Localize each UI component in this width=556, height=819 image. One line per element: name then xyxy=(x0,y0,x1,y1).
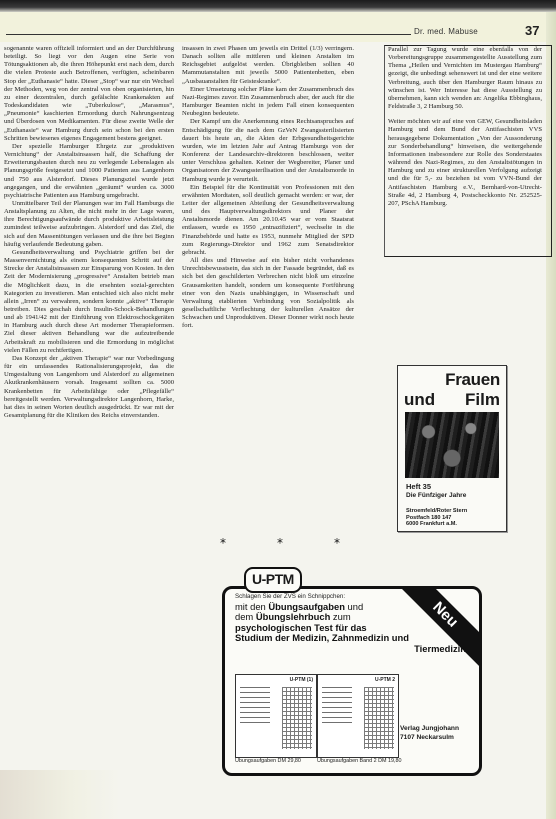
ad-title-word: Film xyxy=(465,390,500,410)
article-column-middle: insassen in zwei Phasen um jeweils ein D… xyxy=(182,45,354,545)
paragraph: Das Konzept der „aktiven Therapie“ war n… xyxy=(4,355,174,420)
book-pattern xyxy=(282,687,312,749)
address-line: Stroemfeld/Roter Stern xyxy=(406,508,467,515)
page-number: 37 xyxy=(525,23,539,38)
book-header: U-PTM 2 xyxy=(375,677,395,683)
text: und xyxy=(345,601,363,612)
paragraph: Einer Umsetzung solcher Pläne kam der Zu… xyxy=(182,86,354,119)
book-header: U-PTM (1) xyxy=(290,677,313,683)
ad-title: Frauen xyxy=(445,370,500,390)
paragraph: Unmittelbarer Teil der Planungen war im … xyxy=(4,200,174,249)
ad-title-word: und xyxy=(404,390,435,410)
text: dem xyxy=(235,611,256,622)
ad-lead: Schlagen Sie der ZVS ein Schnippchen: xyxy=(235,593,345,600)
book-text-lines xyxy=(322,687,352,727)
text-bold: psychologischen Test für das xyxy=(235,622,367,633)
text: zum xyxy=(330,611,350,622)
paragraph: insassen in zwei Phasen um jeweils ein D… xyxy=(182,45,354,86)
scan-top-edge xyxy=(0,0,556,12)
paragraph: Der spezielle Hamburger Ehrgeiz zur „pro… xyxy=(4,143,174,200)
ad-frauen-und-film: Frauen und Film Heft 35 Die Fünfziger Ja… xyxy=(397,365,507,532)
book-text-lines xyxy=(240,687,270,727)
ad-issue: Heft 35 xyxy=(406,482,431,491)
book-caption: Übungsaufgaben DM 29,80 xyxy=(235,758,301,764)
address-line: 6000 Frankfurt a.M. xyxy=(406,521,467,528)
ad-address: Stroemfeld/Roter Stern Postfach 180 147 … xyxy=(406,508,467,528)
book-cover-1: U-PTM (1) xyxy=(235,674,317,758)
paragraph: sogenannte waren offiziell informiert un… xyxy=(4,45,174,143)
book-table xyxy=(364,687,394,749)
book-cover-2: U-PTM 2 xyxy=(317,674,399,758)
article-column-left: sogenannte waren offiziell informiert un… xyxy=(4,45,174,780)
book-caption: Übungsaufgaben Band 2 DM 19,80 xyxy=(317,758,402,764)
text-bold: Übungsaufgaben xyxy=(268,601,345,612)
star-icon: * xyxy=(334,536,340,550)
header-rule xyxy=(6,34,411,35)
ad-photo xyxy=(405,412,499,478)
paragraph: All dies und Hinweise auf ein bisher nic… xyxy=(182,257,354,330)
ad-title-line2: und Film xyxy=(404,390,500,410)
publisher-line: 7107 Neckarsulm xyxy=(400,733,459,742)
paragraph: Ein Beispiel für die Kontinuität von Pro… xyxy=(182,184,354,257)
info-box: Parallel zur Tagung wurde eine ebenfalls… xyxy=(384,45,552,257)
running-head: Dr. med. Mabuse xyxy=(414,27,478,36)
paragraph: Gesundheitsverwaltung und Psychiatrie gr… xyxy=(4,249,174,355)
ad-headline: mit den Übungsaufgaben und dem Übungsleh… xyxy=(235,602,470,654)
text-bold: Übungslehrbuch xyxy=(256,611,330,622)
ad-subtitle: Die Fünfziger Jahre xyxy=(406,492,466,499)
publisher-line: Verlag Jungjohann xyxy=(400,724,459,733)
scan-artifact xyxy=(0,770,120,819)
ad-uptm: Neu Schlagen Sie der ZVS ein Schnippchen… xyxy=(222,586,482,776)
ad-uptm-logo: U-PTM xyxy=(244,567,302,593)
paragraph: Weiter möchten wir auf eine von GEW, Ges… xyxy=(388,118,542,208)
text: mit den xyxy=(235,601,268,612)
publisher: Verlag Jungjohann 7107 Neckarsulm xyxy=(400,724,459,742)
text-bold: Studium der Medizin, Zahnmedizin und xyxy=(235,632,409,643)
paragraph: Der Kampf um die Anerkennung eines Recht… xyxy=(182,118,354,183)
star-icon: * xyxy=(277,536,283,550)
text-bold: Tiermedizin xyxy=(235,644,470,654)
address-line: Postfach 180 147 xyxy=(406,515,467,522)
star-icon: * xyxy=(220,536,226,550)
info-box-text: Parallel zur Tagung wurde eine ebenfalls… xyxy=(388,46,542,208)
section-separator: * * * xyxy=(220,536,340,550)
paragraph: Parallel zur Tagung wurde eine ebenfalls… xyxy=(388,46,542,111)
